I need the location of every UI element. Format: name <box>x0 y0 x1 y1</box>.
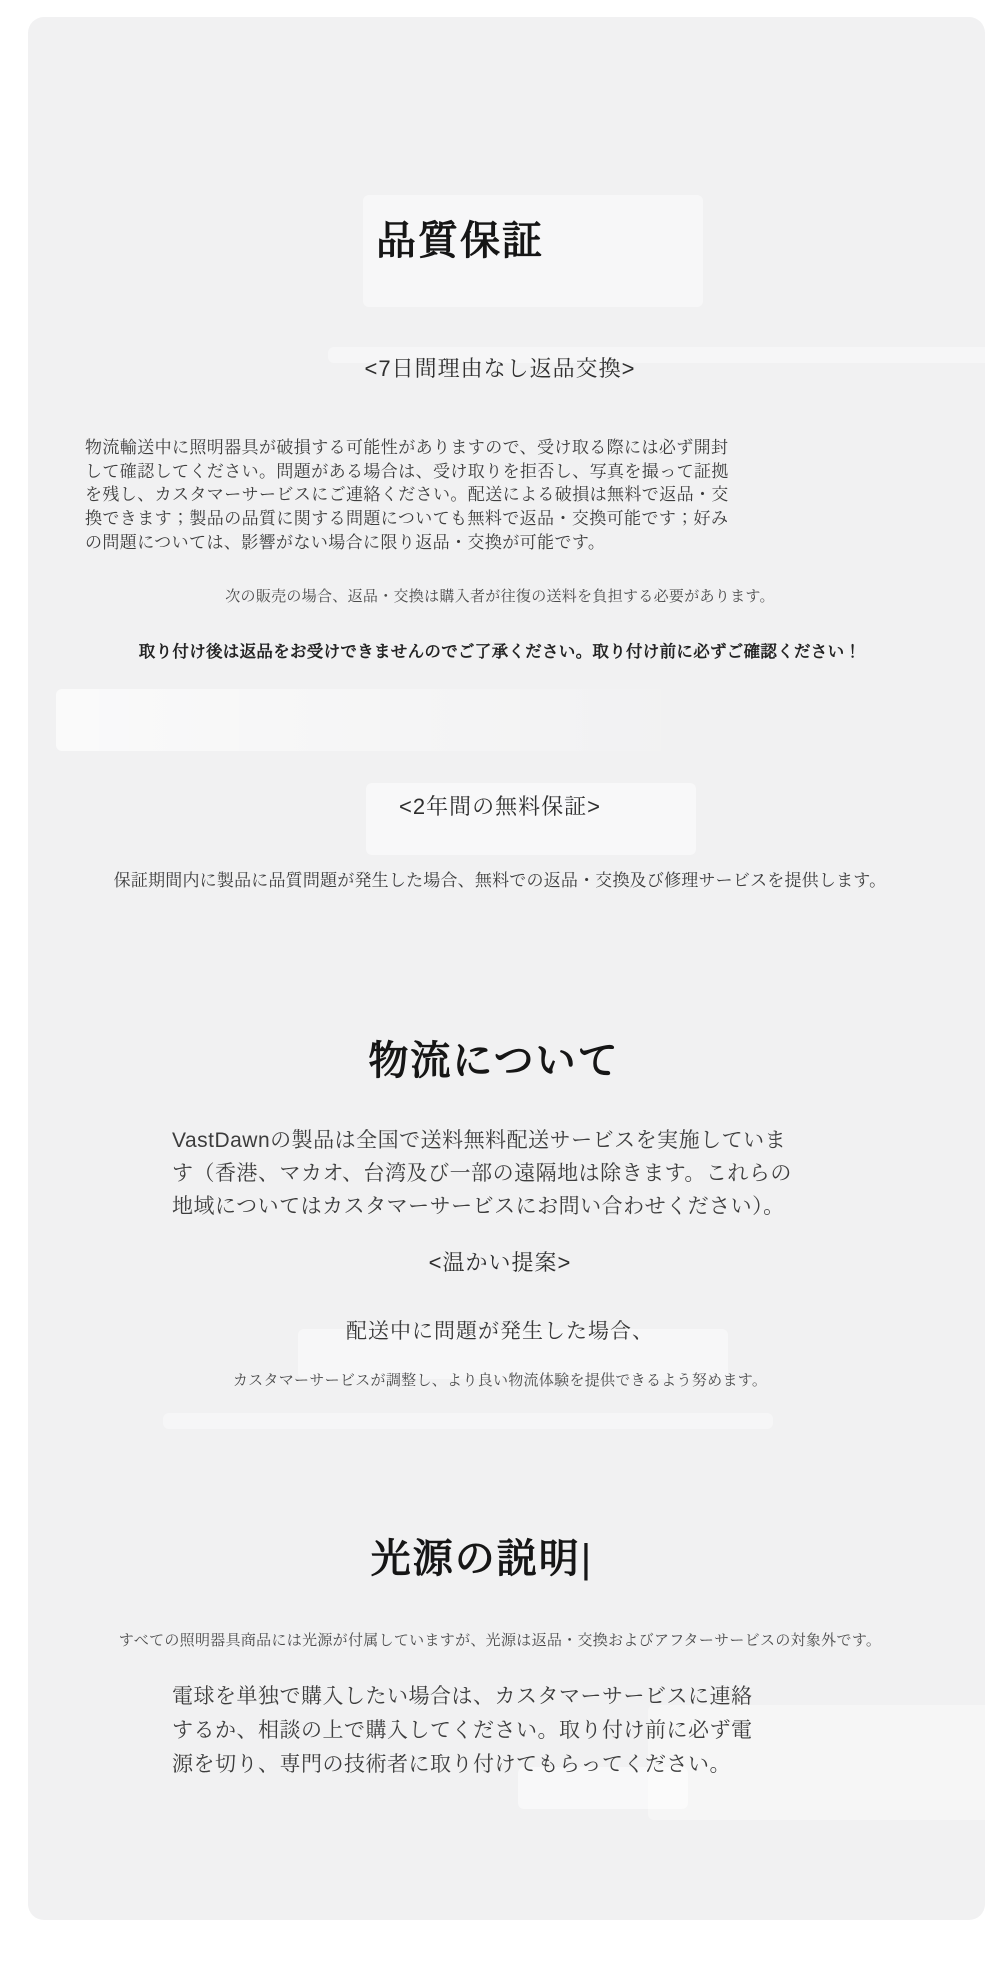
resale-shipping-note: 次の販売の場合、返品・交換は購入者が往復の送料を負担する必要があります。 <box>0 586 1000 608</box>
paragraph-line: 源を切り、専門の技術者に取り付けてもらってください。 <box>172 1748 862 1782</box>
paragraph-line: す（香港、マカオ、台湾及び一部の遠隔地は除きます。これらの <box>172 1157 862 1190</box>
paragraph-line: 地域についてはカスタマーサービスにお問い合わせください）。 <box>172 1190 862 1223</box>
seven-day-return-subtitle: <7日間理由なし返品交換> <box>0 354 1000 384</box>
paragraph-line: するか、相談の上で購入してください。取り付け前に必ず電 <box>172 1714 862 1748</box>
product-description-page: { "colors":{ "page-bg":"#ffffff", "card-… <box>0 0 1000 1973</box>
paragraph-line: 換できます；製品の品質に関する問題についても無料で返品・交換可能です；好み <box>85 507 885 531</box>
installation-return-note: 取り付け後は返品をお受けできませんのでご了承ください。取り付け前に必ずご確認くだ… <box>0 640 1000 664</box>
paragraph-line: して確認してください。問題がある場合は、受け取りを拒否し、写真を撮って証拠 <box>85 460 885 484</box>
background-wash <box>56 689 696 751</box>
two-year-warranty-subtitle: <2年間の無料保証> <box>0 792 1000 822</box>
light-source-exclusion-note: すべての照明器具商品には光源が付属していますが、光源は返品・交換およびアフターサ… <box>0 1630 1000 1652</box>
logistics-title: 物流について <box>0 1038 994 1084</box>
paragraph-line: を残し、カスタマーサービスにご連絡ください。配送による破損は無料で返品・交 <box>85 483 885 507</box>
text-cursor: | <box>581 1537 593 1581</box>
quality-guarantee-title: 品質保証 <box>0 218 960 264</box>
customer-service-adjust-line: カスタマーサービスが調整し、より良い物流体験を提供できるよう努めます。 <box>0 1370 1000 1392</box>
light-source-title-text: 光源の説明 <box>371 1537 581 1581</box>
paragraph-line: 物流輸送中に照明器具が破損する可能性がありますので、受け取る際には必ず開封 <box>85 436 885 460</box>
paragraph-line: の問題については、影響がない場合に限り返品・交換が可能です。 <box>85 531 885 555</box>
quality-paragraph: 物流輸送中に照明器具が破損する可能性がありますので、受け取る際には必ず開封 して… <box>85 436 885 555</box>
light-source-title: 光源の説明| <box>0 1536 982 1582</box>
light-source-paragraph: 電球を単独で購入したい場合は、カスタマーサービスに連絡 するか、相談の上で購入し… <box>172 1680 862 1782</box>
warm-suggestion-subtitle: <温かい提案> <box>0 1248 1000 1278</box>
background-wash <box>163 1413 773 1429</box>
warranty-service-text: 保証期間内に製品に品質問題が発生した場合、無料での返品・交換及び修理サービスを提… <box>0 868 1000 893</box>
paragraph-line: VastDawnの製品は全国で送料無料配送サービスを実施していま <box>172 1124 862 1157</box>
paragraph-line: 電球を単独で購入したい場合は、カスタマーサービスに連絡 <box>172 1680 862 1714</box>
delivery-problem-line: 配送中に問題が発生した場合、 <box>0 1316 1000 1348</box>
logistics-paragraph: VastDawnの製品は全国で送料無料配送サービスを実施していま す（香港、マカ… <box>172 1124 862 1223</box>
